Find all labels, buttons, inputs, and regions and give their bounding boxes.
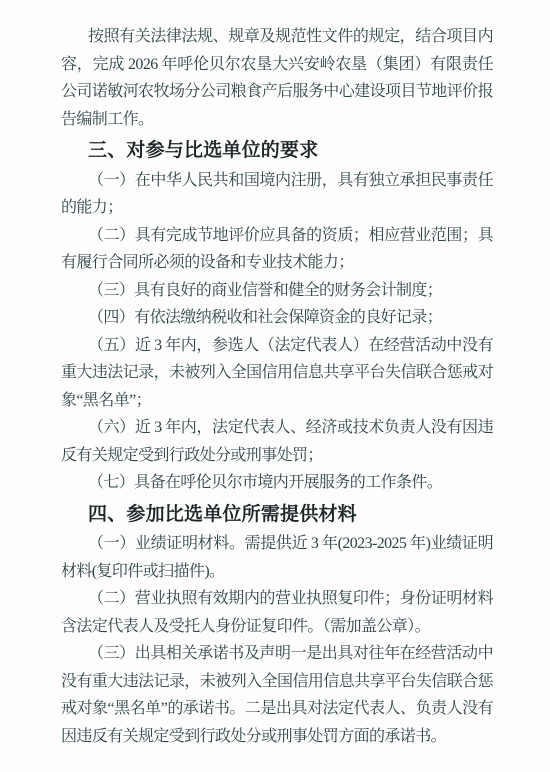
paragraph: 按照有关法律法规、规章及规范性文件的规定，结合项目内容，完成 2026 年呼伦贝…	[61, 23, 493, 133]
paragraph: （五）近 3 年内，参选人（法定代表人）在经营活动中没有重大违法记录，未被列入全…	[61, 332, 493, 415]
paragraph: （四）有依法缴纳税收和社会保障资金的良好记录；	[61, 304, 493, 332]
paragraph: （一）在中华人民共和国境内注册，具有独立承担民事责任的能力；	[61, 167, 493, 222]
paragraph: （六）近 3 年内，法定代表人、经济或技术负责人没有因违反有关规定受到行政处分或…	[61, 414, 493, 469]
paragraph: （三）出具相关承诺书及声明一是出具对往年在经营活动中没有重大违法记录，未被列入全…	[61, 640, 493, 750]
paragraph: （二）营业执照有效期内的营业执照复印件；身份证明材料含法定代表人及受托人身份证复…	[61, 585, 493, 640]
section-heading: 三、对参与比选单位的要求	[61, 137, 493, 165]
paragraph: （二）具有完成节地评价应具备的资质；相应营业范围；具有履行合同所必须的设备和专业…	[61, 222, 493, 277]
document-page: 按照有关法律法规、规章及规范性文件的规定，结合项目内容，完成 2026 年呼伦贝…	[0, 0, 550, 772]
paragraph: （一）业绩证明材料。需提供近 3 年(2023-2025 年)业绩证明材料(复印…	[61, 530, 493, 585]
paragraph: （三）具有良好的商业信誉和健全的财务会计制度；	[61, 277, 493, 305]
section-heading: 四、参加比选单位所需提供材料	[61, 501, 493, 529]
document-body: 按照有关法律法规、规章及规范性文件的规定，结合项目内容，完成 2026 年呼伦贝…	[61, 23, 493, 750]
paragraph: （七）具备在呼伦贝尔市境内开展服务的工作条件。	[61, 469, 493, 497]
